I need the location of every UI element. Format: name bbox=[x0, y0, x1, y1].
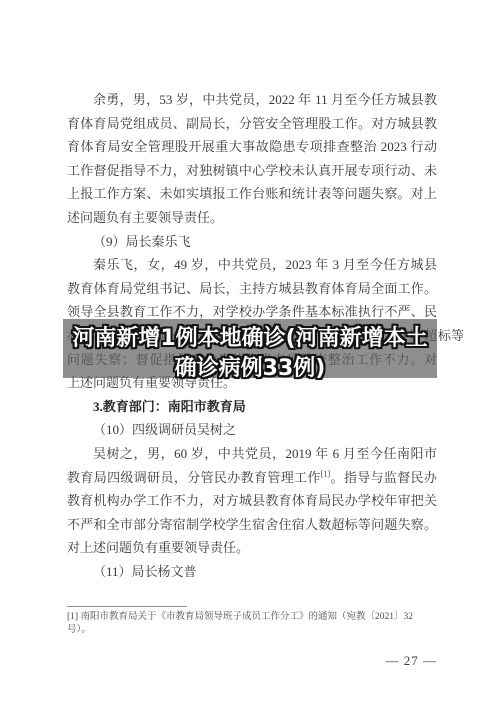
text-line: 教育体育局党组书记、局长，主持方城县教育体育局全面工作。 bbox=[67, 277, 437, 301]
text-line: （10）四级调研员吴树之 bbox=[67, 418, 437, 442]
text-line: 3.教育部门：南阳市教育局 bbox=[67, 395, 437, 419]
text-line: 吴树之，男，60 岁，中共党员，2019 年 6 月至今任南阳市 bbox=[67, 442, 437, 466]
text-line: 不严和全市部分寄宿制学校学生宿舍住宿人数超标等问题失察。 bbox=[67, 513, 437, 537]
footnote-divider bbox=[67, 606, 187, 607]
text-line: 育体育局安全管理股开展重大事故隐患专项排查整治 2023 行动 bbox=[67, 135, 437, 159]
headline-line-2: 确诊病例33例) bbox=[63, 354, 437, 384]
footnote: [1] 南阳市教育局关于《市教育局领导班子成员工作分工》的通知（宛教〔2021〕… bbox=[67, 611, 439, 637]
headline-overlay-band: 河南新增1例本地确诊(河南新增本土 确诊病例33例) bbox=[63, 319, 437, 378]
text-line: 秦乐飞，女，49 岁，中共党员，2023 年 3 月至今任方城县 bbox=[67, 253, 437, 277]
footnote-ref: [1] bbox=[321, 469, 330, 478]
headline-text: 河南新增1例本地确诊(河南新增本土 确诊病例33例) bbox=[63, 324, 437, 384]
text-line: 述问题负有主要领导责任。 bbox=[67, 206, 437, 230]
text-line: 余勇，男，53 岁，中共党员，2022 年 11 月至今任方城县教 bbox=[67, 88, 437, 112]
text-line: 对上述问题负有重要领导责任。 bbox=[67, 536, 437, 560]
text-line: 教育局四级调研员，分管民办教育管理工作[1]。指导与监督民办 bbox=[67, 466, 437, 490]
footnote-text: 南阳市教育局关于《市教育局领导班子成员工作分工》的通知（宛教〔2021〕32 号… bbox=[67, 612, 413, 635]
text-line: 教育机构办学工作不力，对方城县教育体育局民办学校年审把关 bbox=[67, 489, 437, 513]
text-line: （9）局长秦乐飞 bbox=[67, 230, 437, 254]
footnote-marker: [1] bbox=[67, 612, 78, 622]
text-line: 上报工作方案、未如实填报工作台账和统计表等问题失察。对上 bbox=[67, 182, 437, 206]
text-line: 工作督促指导不力，对独树镇中心学校未认真开展专项行动、未 bbox=[67, 159, 437, 183]
headline-line-1: 河南新增1例本地确诊(河南新增本土 bbox=[63, 324, 437, 354]
document-page: 余勇，男，53 岁，中共党员，2022 年 11 月至今任方城县教育体育局党组成… bbox=[0, 0, 500, 706]
text-line: 育体育局党组成员、副局长，分管安全管理股工作。对方城县教 bbox=[67, 112, 437, 136]
overflow-text-fragment: 标等 bbox=[438, 329, 464, 343]
page-number: — 27 — bbox=[386, 653, 438, 669]
text-line: （11）局长杨文普 bbox=[67, 560, 437, 584]
